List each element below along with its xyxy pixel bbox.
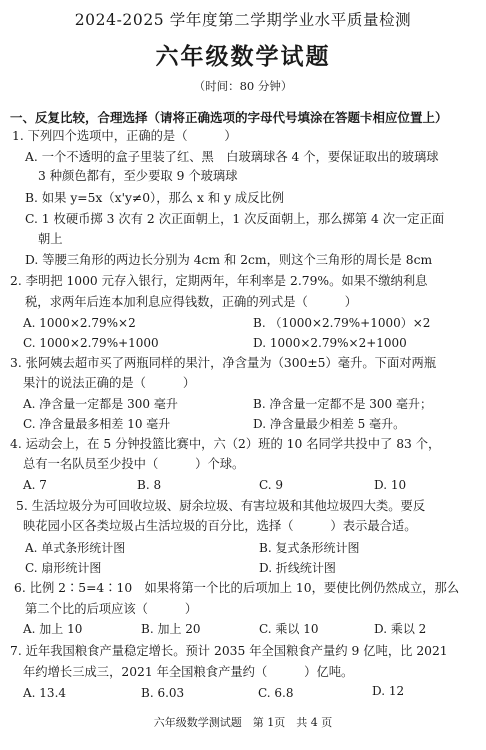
question-7-option-c: C. 6.8 <box>258 685 293 701</box>
question-3-option-b: B. 净含量一定都不是 300 毫升； <box>253 396 432 412</box>
question-4-option-c: C. 9 <box>259 477 283 493</box>
question-2-stem-cont: 税，求两年后连本加利息应得钱数，正确的列式是（ ） <box>25 294 357 310</box>
question-2-option-b: B. （1000×2.79%+1000）×2 <box>253 315 430 331</box>
question-1-option-c-cont: 朝上 <box>38 231 63 247</box>
question-6-option-a: A. 加上 10 <box>23 621 82 637</box>
question-6-option-d: D. 乘以 2 <box>374 621 426 637</box>
question-7-stem-cont: 年约增长三成三，2021 年全国粮食产量约（ ）亿吨。 <box>23 664 353 680</box>
question-5-option-c: C. 扇形统计图 <box>25 560 101 576</box>
question-7-option-a: A. 13.4 <box>23 685 66 701</box>
question-2-stem: 2. 李明把 1000 元存入银行，定期两年，年利率是 2.79%。如果不缴纳利… <box>10 273 427 289</box>
question-6-stem: 6. 比例 2∶5=4∶10 如果将第一个比的后项加上 10，要使比例仍然成立，… <box>14 580 459 596</box>
question-3-stem: 3. 张阿姨去超市买了两瓶同样的果汁，净含量为（300±5）毫升。下面对两瓶 <box>10 355 436 371</box>
page-footer: 六年级数学测试题 第 1页 共 4 页 <box>0 714 486 730</box>
question-5-stem-cont: 映花园小区各类垃圾占生活垃圾的百分比，选择（ ）表示最合适。 <box>23 518 417 534</box>
question-1-option-c: C. 1 枚硬币掷 3 次有 2 次正面朝上，1 次反面朝上，那么掷第 4 次一… <box>25 211 444 227</box>
question-1-stem: 1. 下列四个选项中，正确的是（ ） <box>12 128 237 144</box>
question-7-stem: 7. 近年我国粮食产量稳定增长。预计 2035 年全国粮食产量约 9 亿吨，比 … <box>10 643 448 659</box>
question-1-option-d: D. 等腰三角形的两边长分别为 4cm 和 2cm，则这个三角形的周长是 8cm <box>25 252 432 268</box>
question-2-option-d: D. 1000×2.79%×2+1000 <box>253 335 407 351</box>
question-7-option-d: D. 12 <box>372 683 404 699</box>
question-6-option-b: B. 加上 20 <box>141 621 201 637</box>
question-2-option-c: C. 1000×2.79%+1000 <box>23 335 159 351</box>
question-6-stem-cont: 第二个比的后项应该（ ） <box>25 601 197 617</box>
exam-title: 2024-2025 学年度第二学期学业水平质量检测 <box>0 8 486 30</box>
section-heading: 一、反复比较，合理选择（请将正确选项的字母代号填涂在答题卡相应位置上） <box>10 108 448 126</box>
question-3-option-d: D. 净含量最少相差 5 毫升。 <box>253 416 405 432</box>
question-3-option-c: C. 净含量最多相差 10 毫升 <box>23 416 170 432</box>
question-1-option-a-cont: 3 种颜色都有，至少要取 9 个玻璃球 <box>38 168 238 184</box>
question-2-option-a: A. 1000×2.79%×2 <box>23 315 136 331</box>
question-1-option-b: B. 如果 y=5x（x'y≠0），那么 x 和 y 成反比例 <box>25 190 284 206</box>
question-5-stem: 5. 生活垃圾分为可回收垃圾、厨余垃圾、有害垃圾和其他垃圾四大类。要反 <box>16 498 425 514</box>
question-6-option-c: C. 乘以 10 <box>259 621 318 637</box>
question-5-option-a: A. 单式条形统计图 <box>25 540 125 556</box>
subject-title: 六年级数学试题 <box>0 38 486 71</box>
question-5-option-b: B. 复式条形统计图 <box>259 540 359 556</box>
exam-page: 2024-2025 学年度第二学期学业水平质量检测 六年级数学试题 （时间：80… <box>0 0 486 750</box>
question-4-option-b: B. 8 <box>137 477 161 493</box>
question-3-option-a: A. 净含量一定都是 300 毫升 <box>23 396 178 412</box>
question-4-option-a: A. 7 <box>23 477 47 493</box>
question-4-stem: 4. 运动会上，在 5 分钟投篮比赛中，六（2）班的 10 名同学共投中了 83… <box>10 436 440 452</box>
question-1-option-a: A. 一个不透明的盒子里装了红、黑 白玻璃球各 4 个，要保证取出的玻璃球 <box>25 149 439 165</box>
question-5-option-d: D. 折线统计图 <box>259 560 336 576</box>
time-note: （时间：80 分钟） <box>0 78 486 94</box>
question-4-stem-cont: 总有一名队员至少投中（ ）个球。 <box>23 456 244 472</box>
question-4-option-d: D. 10 <box>374 477 406 493</box>
question-7-option-b: B. 6.03 <box>141 685 184 701</box>
question-3-stem-cont: 果汁的说法正确的是（ ） <box>23 375 195 391</box>
